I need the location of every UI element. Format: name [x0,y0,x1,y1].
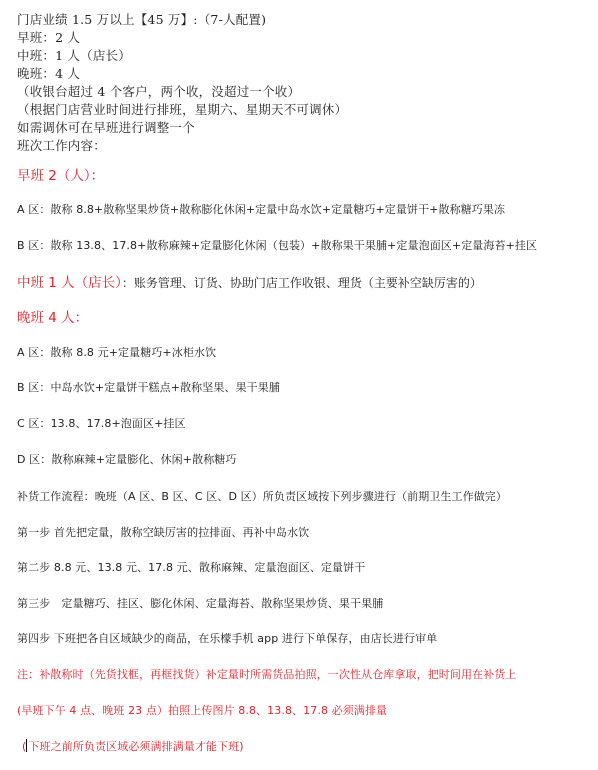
restock-intro: 补货工作流程：晚班（A 区、B 区、C 区、D 区）所负责区域按下列步骤进行（前… [17,488,507,504]
late-zone-a: A 区：散称 8.8 元+定量糖巧+冰柜水饮 [17,344,216,360]
late-zone-d: D 区：散称麻辣+定量膨化、休闲+散称糖巧 [17,451,237,467]
restock-step-3: 第三步 定量糖巧、挂区、膨化休闲、定量海苔、散称坚果炒货、果干果脯 [17,595,383,611]
late-shift-title: 晚班 4 人： [17,306,88,326]
header-line-performance: 门店业绩 1.5 万以上【45 万】:（7-人配置) [17,10,266,28]
restock-step-1: 第一步 首先把定量，散称空缺厉害的拉排面、再补中岛水饮 [17,524,309,540]
mid-shift-line: 中班 1 人（店长）：账务管理、订货、协助门店工作收银、理货（主要补空缺厉害的） [17,271,482,291]
early-zone-a: A 区：散称 8.8+散称坚果炒货+散称膨化休闲+定量中岛水饮+定量糖巧+定量饼… [17,201,505,217]
restock-step-4: 第四步 下班把各自区域缺少的商品，在乐檬手机 app 进行下单保存，由店长进行审… [17,630,437,646]
late-zone-b: B 区：中岛水饮+定量饼干糕点+散称坚果、果干果脯 [17,379,280,395]
mid-shift-title: 中班 1 人（店长） [17,275,122,291]
mid-shift-description: ：账务管理、订货、协助门店工作收银、理货（主要补空缺厉害的） [122,276,482,290]
header-line-late: 晚班：4 人 [17,64,80,82]
header-line-schedule: （根据门店营业时间进行排班，星期六、星期天不可调休） [17,100,347,118]
header-line-cashier: （收银台超过 4 个客户，两个收，没超过一个收） [17,82,300,100]
note-final-text: 下班之前所负责区域必须满排满量才能下班) [28,740,243,753]
header-line-early: 早班：2 人 [17,28,80,46]
document-page: 门店业绩 1.5 万以上【45 万】:（7-人配置) 早班：2 人 中班：1 人… [0,0,598,770]
note-restock: 注：补散称时（先货找框，再框找货）补定量时所需货品拍照，一次性从仓库拿取，把时间… [17,666,517,682]
header-line-work-content: 班次工作内容： [17,136,106,154]
note-final[interactable]: (下班之前所负责区域必须满排满量才能下班) [22,738,244,754]
note-photo-upload: (早班下午 4 点、晚班 23 点）拍照上传图片 8.8、13.8、17.8 必… [17,702,387,718]
early-zone-b: B 区：散称 13.8、17.8+散称麻辣+定量膨化休闲（包装）+散称果干果脯+… [17,237,537,253]
header-line-mid: 中班：1 人（店长） [17,46,131,64]
late-zone-c: C 区：13.8、17.8+泡面区+挂区 [17,415,186,431]
restock-step-2: 第二步 8.8 元、13.8 元、17.8 元、散称麻辣、定量泡面区、定量饼干 [17,559,365,575]
header-line-rest: 如需调休可在早班进行调整一个 [17,118,195,136]
early-shift-title: 早班 2（人）： [17,164,104,184]
